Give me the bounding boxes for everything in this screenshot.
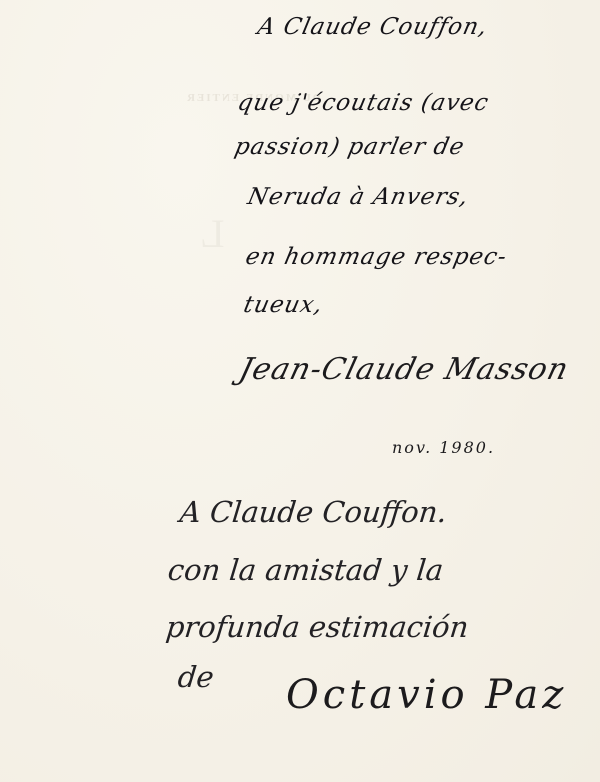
inscription-1-line-3: passion) parler de — [232, 134, 467, 160]
inscription-2-line-2: con la amistad y la — [166, 553, 445, 587]
inscription-1-line-1: A Claude Couffon, — [255, 14, 490, 40]
inscription-2-line-1: A Claude Couffon. — [178, 495, 448, 529]
inscription-2-line-4: de — [176, 660, 215, 694]
inscription-1-line-5: en hommage respec- — [243, 244, 509, 270]
inscription-date: nov. 1980. — [392, 438, 495, 457]
inscription-1-line-2: que j'écoutais (avec — [235, 90, 491, 116]
inscription-2-line-3: profunda estimación — [164, 610, 470, 644]
signature-octavio-paz: Octavio Paz — [286, 672, 567, 718]
bleed-through-title-text: L — [200, 210, 224, 257]
scanned-page: DU MONDE ENTIER L A Claude Couffon, que … — [0, 0, 600, 782]
signature-jean-claude-masson: Jean-Claude Masson — [236, 352, 573, 387]
inscription-1-line-6: tueux, — [241, 292, 325, 318]
inscription-1-line-4: Neruda à Anvers, — [245, 184, 471, 210]
